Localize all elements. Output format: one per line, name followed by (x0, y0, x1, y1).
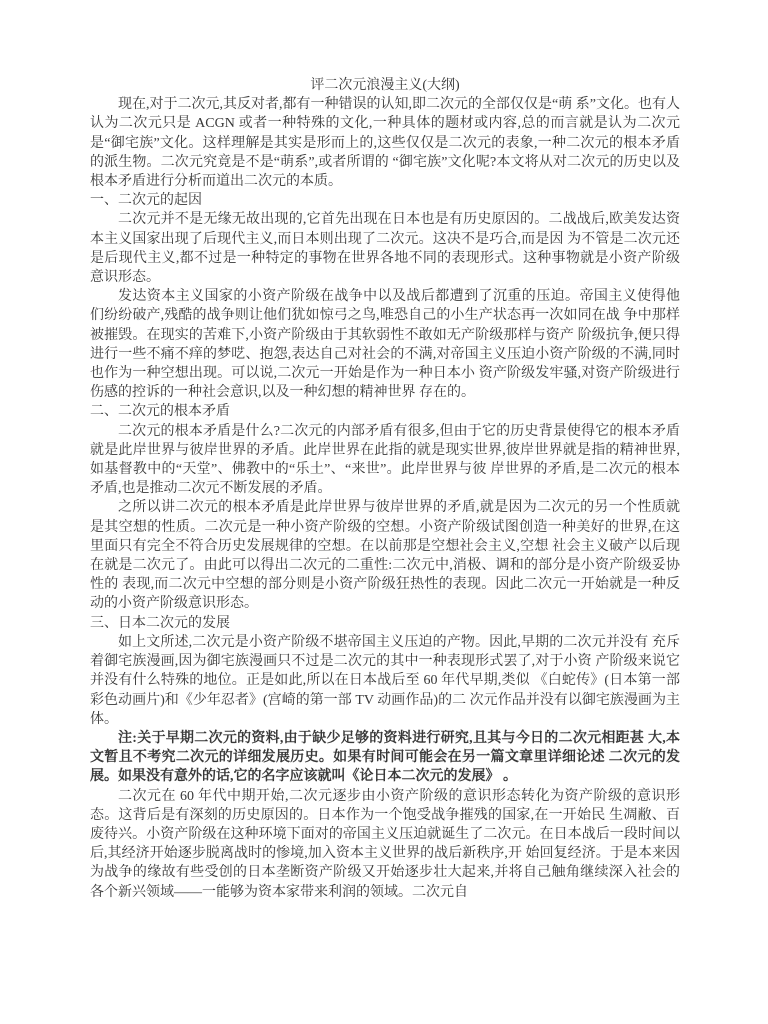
section-heading-1: 一、二次元的起因 (90, 191, 680, 210)
paragraph-contradiction-1: 二次元的根本矛盾是什么?二次元的内部矛盾有很多,但由于它的历史背景使得它的根本矛… (90, 422, 680, 499)
document-title: 评二次元浪漫主义(大纲) (90, 76, 680, 95)
document-page: 评二次元浪漫主义(大纲) 现在,对于二次元,其反对者,都有一种错误的认知,即二次… (0, 0, 768, 1024)
paragraph-contradiction-2: 之所以讲二次元的根本矛盾是此岸世界与彼岸世界的矛盾,就是因为二次元的另一个性质就… (90, 498, 680, 613)
note-paragraph: 注:关于早期二次元的资料,由于缺少足够的资料进行研究,且其与今日的二次元相距甚 … (90, 729, 680, 787)
paragraph-intro: 现在,对于二次元,其反对者,都有一种错误的认知,即二次元的全部仅仅是“萌 系”文… (90, 95, 680, 191)
section-heading-3: 三、日本二次元的发展 (90, 614, 680, 633)
paragraph-development-1: 如上文所述,二次元是小资产阶级不堪帝国主义压迫的产物。因此,早期的二次元并没有 … (90, 633, 680, 729)
paragraph-development-2: 二次元在 60 年代中期开始,二次元逐步由小资产阶级的意识形态转化为资产阶级的意… (90, 787, 680, 902)
section-heading-2: 二、二次元的根本矛盾 (90, 402, 680, 421)
paragraph-origin-1: 二次元并不是无缘无故出现的,它首先出现在日本也是有历史原因的。二战战后,欧美发达… (90, 210, 680, 287)
paragraph-origin-2: 发达资本主义国家的小资产阶级在战争中以及战后都遭到了沉重的压迫。帝国主义使得他 … (90, 287, 680, 402)
